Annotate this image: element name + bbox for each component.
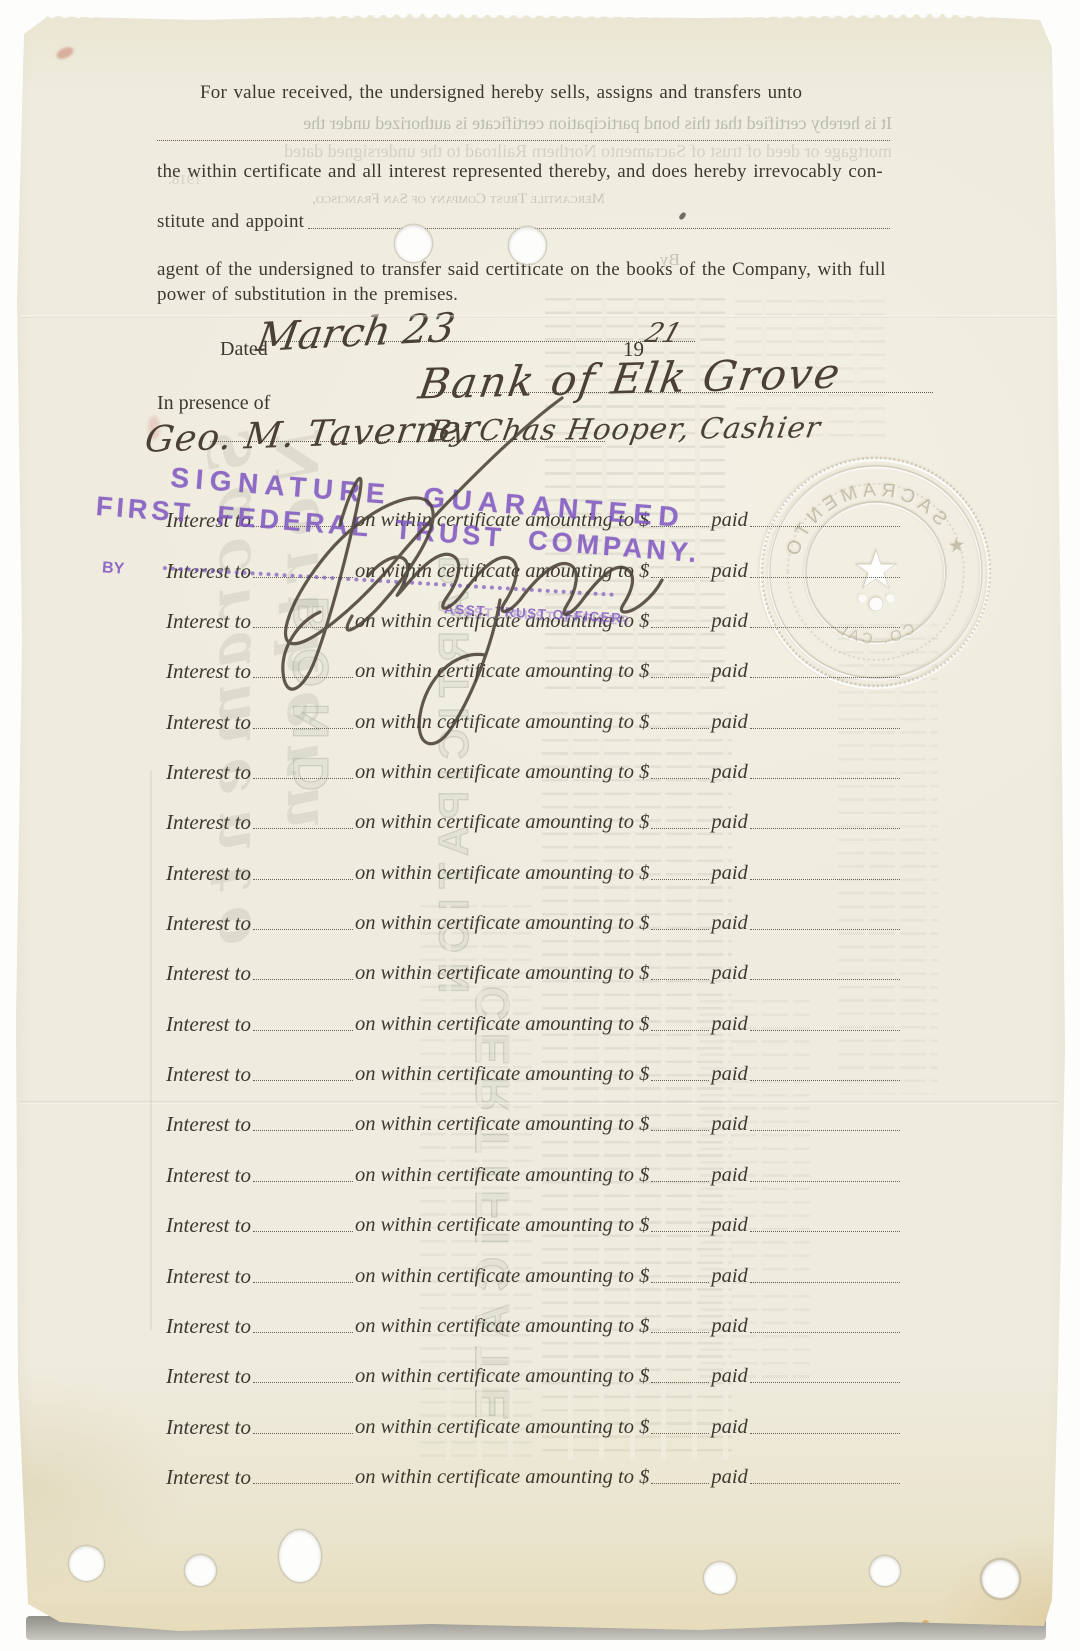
in-presence-of-label: In presence of bbox=[157, 392, 270, 415]
interest-row: Interest toon within certificate amounti… bbox=[166, 683, 902, 733]
interest-date-fill-line bbox=[253, 777, 353, 779]
paid-fill-line bbox=[750, 1029, 900, 1031]
interest-to-label: Interest to bbox=[166, 1315, 251, 1338]
amount-clause-label: on within certificate amounting to $ bbox=[355, 1164, 649, 1187]
amount-fill-line bbox=[651, 1381, 709, 1383]
punch-hole bbox=[509, 227, 546, 264]
paid-fill-line bbox=[750, 1482, 900, 1484]
paid-label: paid bbox=[711, 1214, 747, 1237]
punch-hole bbox=[185, 1555, 216, 1586]
interest-row: Interest toon within certificate amounti… bbox=[166, 834, 902, 884]
paid-fill-line bbox=[750, 978, 900, 980]
interest-to-label: Interest to bbox=[166, 660, 251, 683]
amount-fill-line bbox=[651, 978, 709, 980]
interest-date-fill-line bbox=[253, 1079, 353, 1081]
paid-label: paid bbox=[711, 711, 747, 734]
amount-clause-label: on within certificate amounting to $ bbox=[355, 1416, 649, 1439]
amount-clause-label: on within certificate amounting to $ bbox=[355, 1466, 649, 1489]
interest-to-label: Interest to bbox=[166, 1013, 251, 1036]
amount-clause-label: on within certificate amounting to $ bbox=[355, 1113, 649, 1136]
interest-date-fill-line bbox=[253, 1482, 353, 1484]
assignment-clause-line5: power of substitution in the premises. bbox=[157, 284, 458, 306]
paid-label: paid bbox=[711, 1013, 747, 1036]
amount-clause-label: on within certificate amounting to $ bbox=[355, 1013, 649, 1036]
interest-date-fill-line bbox=[253, 1281, 353, 1283]
paid-fill-line bbox=[750, 878, 900, 880]
punch-hole bbox=[69, 1546, 104, 1581]
paid-fill-line bbox=[750, 1432, 900, 1434]
amount-fill-line bbox=[651, 1129, 709, 1131]
punch-hole bbox=[395, 225, 432, 262]
amount-clause-label: on within certificate amounting to $ bbox=[355, 1315, 649, 1338]
paid-fill-line bbox=[750, 1381, 900, 1383]
punch-hole bbox=[982, 1560, 1019, 1598]
assignment-clause-line2: the within certificate and all interest … bbox=[157, 161, 883, 183]
assignor-signature: Bank of Elk Grove bbox=[415, 349, 844, 409]
amount-clause-label: on within certificate amounting to $ bbox=[355, 1265, 649, 1288]
interest-to-label: Interest to bbox=[166, 1164, 251, 1187]
interest-to-label: Interest to bbox=[166, 962, 251, 985]
paid-fill-line bbox=[750, 727, 900, 729]
handwritten-date: March 23 bbox=[253, 305, 458, 361]
ghost-certification-line-2: mortgage or deed of trust of Sacramento … bbox=[148, 141, 892, 162]
interest-date-fill-line bbox=[253, 1129, 353, 1131]
paid-label: paid bbox=[711, 1265, 747, 1288]
paid-label: paid bbox=[711, 1365, 747, 1388]
transferee-fill-line bbox=[157, 140, 890, 141]
paid-label: paid bbox=[711, 1164, 747, 1187]
amount-clause-label: on within certificate amounting to $ bbox=[355, 811, 649, 834]
interest-row: Interest toon within certificate amounti… bbox=[166, 1338, 902, 1388]
interest-to-label: Interest to bbox=[166, 610, 251, 633]
amount-fill-line bbox=[651, 878, 709, 880]
interest-date-fill-line bbox=[253, 1432, 353, 1434]
assignor-signature-by: By Chas Hooper, Cashier bbox=[427, 410, 824, 447]
interest-date-fill-line bbox=[253, 727, 353, 729]
paid-fill-line bbox=[750, 1281, 900, 1283]
amount-fill-line bbox=[651, 1331, 709, 1333]
paid-label: paid bbox=[711, 1063, 747, 1086]
interest-date-fill-line bbox=[253, 928, 353, 930]
paid-fill-line bbox=[750, 1331, 900, 1333]
interest-date-fill-line bbox=[253, 1230, 353, 1232]
interest-date-fill-line bbox=[253, 878, 353, 880]
appoint-label: stitute and appoint bbox=[157, 211, 304, 233]
red-smudge bbox=[55, 45, 76, 62]
interest-row: Interest toon within certificate amounti… bbox=[166, 885, 902, 935]
paid-label: paid bbox=[711, 811, 747, 834]
amount-fill-line bbox=[651, 626, 709, 628]
ghost-company-name: Mercantile Trust Company of San Francisc… bbox=[333, 191, 605, 208]
interest-date-fill-line bbox=[253, 1180, 353, 1182]
witness-signature: Geo. M. Taverner bbox=[143, 408, 483, 461]
amount-fill-line bbox=[651, 1482, 709, 1484]
amount-clause-label: on within certificate amounting to $ bbox=[355, 862, 649, 885]
interest-to-label: Interest to bbox=[166, 711, 251, 734]
interest-row: Interest toon within certificate amounti… bbox=[166, 935, 902, 985]
amount-clause-label: on within certificate amounting to $ bbox=[355, 660, 649, 683]
amount-fill-line bbox=[651, 727, 709, 729]
paid-label: paid bbox=[711, 962, 747, 985]
paid-fill-line bbox=[750, 1180, 900, 1182]
interest-date-fill-line bbox=[253, 1331, 353, 1333]
interest-to-label: Interest to bbox=[166, 1214, 251, 1237]
interest-row: Interest toon within certificate amounti… bbox=[166, 633, 902, 683]
paid-label: paid bbox=[711, 660, 747, 683]
interest-date-fill-line bbox=[253, 827, 353, 829]
paid-fill-line bbox=[750, 576, 900, 578]
interest-to-label: Interest to bbox=[166, 862, 251, 885]
paid-label: paid bbox=[711, 1315, 747, 1338]
interest-to-label: Interest to bbox=[166, 1416, 251, 1439]
interest-row: Interest toon within certificate amounti… bbox=[166, 1439, 902, 1489]
paid-label: paid bbox=[711, 862, 747, 885]
interest-to-label: Interest to bbox=[166, 1063, 251, 1086]
amount-fill-line bbox=[651, 1079, 709, 1081]
interest-to-label: Interest to bbox=[166, 761, 251, 784]
amount-fill-line bbox=[651, 928, 709, 930]
interest-date-fill-line bbox=[253, 676, 353, 678]
amount-fill-line bbox=[651, 576, 709, 578]
paid-label: paid bbox=[711, 761, 747, 784]
interest-to-label: Interest to bbox=[166, 1365, 251, 1388]
amount-clause-label: on within certificate amounting to $ bbox=[355, 1365, 649, 1388]
fold-crease-vertical bbox=[150, 770, 152, 1330]
interest-row: Interest toon within certificate amounti… bbox=[166, 784, 902, 834]
paid-fill-line bbox=[750, 626, 900, 628]
paid-fill-line bbox=[750, 1079, 900, 1081]
interest-to-label: Interest to bbox=[166, 912, 251, 935]
stamp-by-label: BY bbox=[101, 559, 124, 579]
ghost-certification-line-1: It is hereby certified that this bond pa… bbox=[155, 113, 892, 134]
interest-row: Interest toon within certificate amounti… bbox=[166, 734, 902, 784]
interest-record-table: Interest toon within certificate amounti… bbox=[166, 482, 902, 1489]
handwritten-year: 21 bbox=[641, 318, 685, 349]
paid-fill-line bbox=[750, 525, 900, 527]
interest-date-fill-line bbox=[253, 1381, 353, 1383]
interest-date-fill-line bbox=[253, 978, 353, 980]
interest-to-label: Interest to bbox=[166, 1466, 251, 1489]
interest-row: Interest toon within certificate amounti… bbox=[166, 1086, 902, 1136]
amount-clause-label: on within certificate amounting to $ bbox=[355, 1063, 649, 1086]
amount-clause-label: on within certificate amounting to $ bbox=[355, 761, 649, 784]
paid-label: paid bbox=[711, 1416, 747, 1439]
amount-clause-label: on within certificate amounting to $ bbox=[355, 1214, 649, 1237]
punch-hole bbox=[704, 1562, 736, 1594]
interest-row: Interest toon within certificate amounti… bbox=[166, 1288, 902, 1338]
interest-row: Interest toon within certificate amounti… bbox=[166, 1237, 902, 1287]
paid-label: paid bbox=[711, 912, 747, 935]
fold-crease bbox=[20, 315, 1058, 318]
interest-row: Interest toon within certificate amounti… bbox=[166, 1388, 902, 1438]
amount-fill-line bbox=[651, 777, 709, 779]
interest-date-fill-line bbox=[253, 626, 353, 628]
amount-clause-label: on within certificate amounting to $ bbox=[355, 711, 649, 734]
amount-clause-label: on within certificate amounting to $ bbox=[355, 912, 649, 935]
interest-date-fill-line bbox=[253, 1029, 353, 1031]
scan-background: It is hereby certified that this bond pa… bbox=[0, 0, 1080, 1651]
interest-row: Interest toon within certificate amounti… bbox=[166, 985, 902, 1035]
interest-row: Interest toon within certificate amounti… bbox=[166, 1136, 902, 1186]
paid-fill-line bbox=[750, 928, 900, 930]
paid-fill-line bbox=[750, 827, 900, 829]
amount-fill-line bbox=[651, 1029, 709, 1031]
amount-fill-line bbox=[651, 1230, 709, 1232]
amount-clause-label: on within certificate amounting to $ bbox=[355, 962, 649, 985]
assignment-clause-line1: For value received, the undersigned here… bbox=[200, 82, 802, 104]
perforated-top-edge bbox=[20, 10, 1058, 23]
amount-fill-line bbox=[651, 1281, 709, 1283]
interest-row: Interest toon within certificate amounti… bbox=[166, 1187, 902, 1237]
punch-hole bbox=[279, 1530, 321, 1582]
punch-hole bbox=[870, 1556, 900, 1586]
amount-fill-line bbox=[651, 676, 709, 678]
amount-fill-line bbox=[651, 827, 709, 829]
interest-to-label: Interest to bbox=[166, 811, 251, 834]
amount-fill-line bbox=[651, 1180, 709, 1182]
interest-to-label: Interest to bbox=[166, 1265, 251, 1288]
paid-fill-line bbox=[750, 1230, 900, 1232]
paid-label: paid bbox=[711, 1113, 747, 1136]
attorney-fill-line bbox=[308, 211, 890, 229]
amount-fill-line bbox=[651, 1432, 709, 1434]
paid-fill-line bbox=[750, 777, 900, 779]
paid-fill-line bbox=[750, 676, 900, 678]
interest-row: Interest toon within certificate amounti… bbox=[166, 1036, 902, 1086]
interest-to-label: Interest to bbox=[166, 1113, 251, 1136]
paid-fill-line bbox=[750, 1129, 900, 1131]
paid-label: paid bbox=[711, 1466, 747, 1489]
paid-label: paid bbox=[711, 610, 747, 633]
